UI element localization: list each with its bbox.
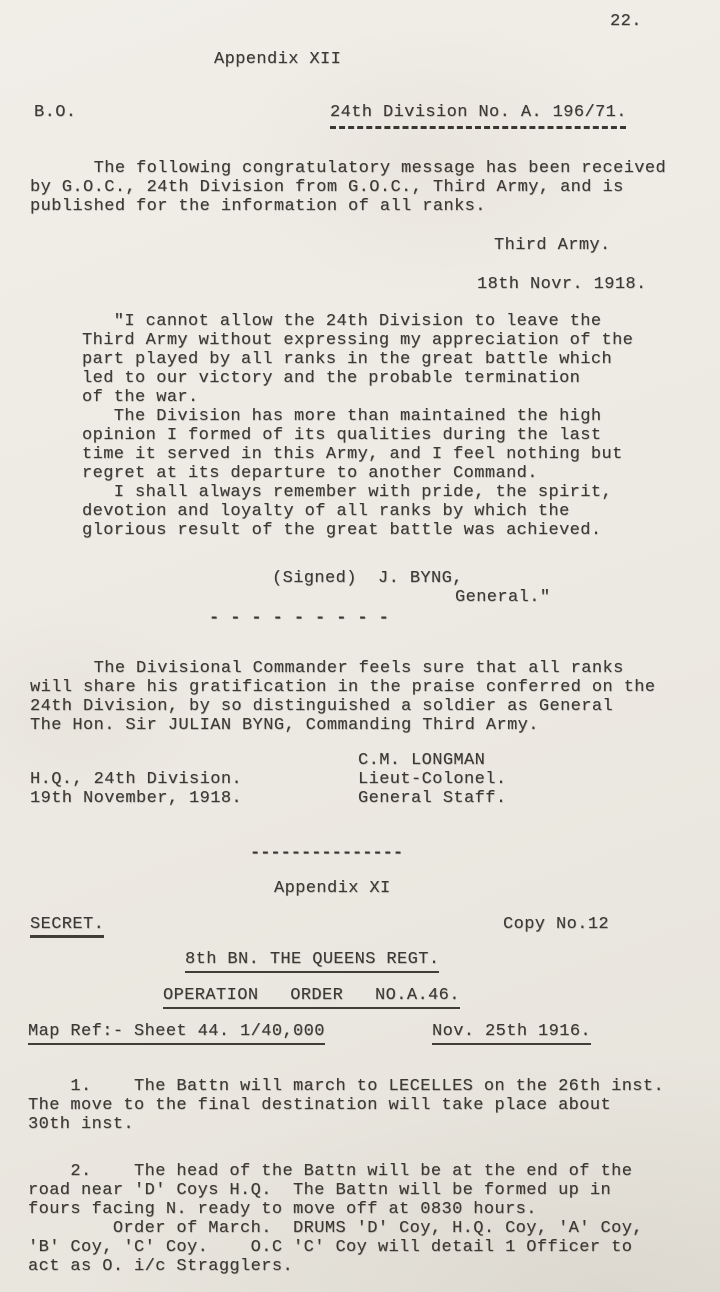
closing-paragraph: The Divisional Commander feels sure that… xyxy=(30,659,656,735)
intro-paragraph: The following congratulatory message has… xyxy=(30,159,666,216)
order-date-text: Nov. 25th 1916. xyxy=(432,1022,591,1045)
staff-officer-name: C.M. LONGMAN xyxy=(358,751,485,770)
order-paragraph-2: 2. The head of the Battn will be at the … xyxy=(28,1162,643,1276)
signature-rank: General." xyxy=(455,588,550,607)
division-reference-underline xyxy=(330,126,626,129)
third-army-line: Third Army. xyxy=(494,236,611,255)
congratulatory-message-body: "I cannot allow the 24th Division to lea… xyxy=(82,312,633,540)
page-number: 22. xyxy=(610,12,642,31)
map-reference: Map Ref:- Sheet 44. 1/40,000 xyxy=(28,1022,325,1045)
hq-date: 19th November, 1918. xyxy=(30,789,242,808)
hq-line: H.Q., 24th Division. xyxy=(30,770,242,789)
signature-line: (Signed) J. BYNG, xyxy=(272,569,463,588)
battalion-title-text: 8th BN. THE QUEENS REGT. xyxy=(185,950,439,973)
division-reference: 24th Division No. A. 196/71. xyxy=(330,103,627,122)
operation-order-title-text: OPERATION ORDER NO.A.46. xyxy=(163,986,460,1009)
staff-officer-title: General Staff. xyxy=(358,789,506,808)
operation-order-title: OPERATION ORDER NO.A.46. xyxy=(163,986,460,1009)
order-paragraph-1: 1. The Battn will march to LECELLES on t… xyxy=(28,1077,664,1134)
copy-number: Copy No.12 xyxy=(503,915,609,934)
secret-label-text: SECRET. xyxy=(30,915,104,938)
appendix-xii-heading: Appendix XII xyxy=(214,50,341,69)
battalion-title: 8th BN. THE QUEENS REGT. xyxy=(185,950,439,973)
bo-label: B.O. xyxy=(34,103,76,122)
staff-officer-rank: Lieut-Colonel. xyxy=(358,770,506,789)
secret-classification-label: SECRET. xyxy=(30,915,104,938)
section-separator-dashes: --------------- xyxy=(250,844,403,863)
document-page: 22. Appendix XII B.O. 24th Division No. … xyxy=(0,0,720,1292)
appendix-xi-heading: Appendix XI xyxy=(274,879,391,898)
quote-separator-dashes: - - - - - - - - - xyxy=(209,609,389,628)
message-date: 18th Novr. 1918. xyxy=(477,275,647,294)
map-reference-text: Map Ref:- Sheet 44. 1/40,000 xyxy=(28,1022,325,1045)
order-date: Nov. 25th 1916. xyxy=(432,1022,591,1045)
